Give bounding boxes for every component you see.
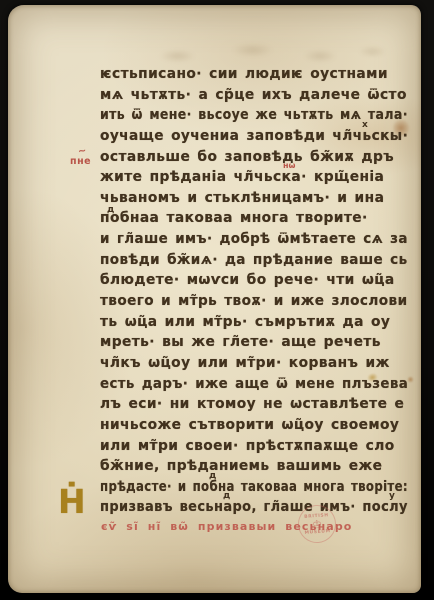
stamp-bottom-text: MUSEUM <box>304 529 330 536</box>
manuscript-line: блюдете· мѡѵси бо рече· чти ѡц̃а <box>100 270 408 291</box>
crown-icon: ♔ <box>312 518 323 530</box>
superscript-letter: д <box>223 492 230 501</box>
manuscript-line: призвавъ весьнаро, гл̃аше имъ· послу <box>100 497 389 518</box>
superscript-letter: д <box>209 472 216 481</box>
manuscript-line: прѣдасте· и побна таковаа многа творіте: <box>100 477 362 498</box>
manuscript-line: мѧ чьтѫть· а ср̃це ихъ далече ѿсто <box>100 85 408 106</box>
manuscript-line: или мт̃ри своеи· прѣстѫпаѫще сло <box>100 436 408 457</box>
manuscript-line: жите прѣданіа чл̃чьска· крщ̃еніа <box>100 167 408 188</box>
manuscript-line: ть ѡц̃а или мт̃рь· съмрътиѫ да оу <box>100 312 408 333</box>
superscript-letter: у <box>389 492 395 501</box>
manuscript-line: бж̃ние, прѣданиемь вашимь еже <box>100 456 408 477</box>
manuscript-line: чьваномъ и стьклѣницамъ· и ина <box>100 188 408 209</box>
illuminated-initial: Н̇ <box>58 484 86 520</box>
superscript-rubric: нѡ <box>283 161 295 170</box>
margin-rubric-note: пне <box>70 156 91 167</box>
manuscript-line: ѥстьписано· сии людиѥ оустнами <box>100 64 408 85</box>
manuscript-line: и гл̃аше имъ· добрѣ ѿмѣтаете сѧ за <box>100 229 400 250</box>
manuscript-line: чл̃къ ѡц̃оу или мт̃ри· корванъ иж <box>100 353 408 374</box>
text-block: ѥстьписано· сии людиѥ оустнами мѧ чьтѫть… <box>100 64 412 518</box>
superscript-letter: х <box>362 121 368 130</box>
manuscript-line: оставльше бо заповѣдь бж̃иѫ дръ <box>100 147 408 168</box>
manuscript-line: повѣди бж̃иѧ· да прѣдание ваше сь <box>100 250 402 271</box>
manuscript-line: твоего и мт̃рь твоѫ· и иже злослови <box>100 291 404 312</box>
manuscript-line: оучаще оучениа заповѣди чл̃чьскы· <box>100 126 406 147</box>
manuscript-line: ить ѿ мене· вьсоуе же чьтѫть мѧ тала· <box>100 105 379 126</box>
manuscript-line: ничьсоже сътворити ѡц̃оу своемоу <box>100 415 408 436</box>
manuscript-line: лъ еси· ни ктомоу не ѡставлѣете е <box>100 394 408 415</box>
manuscript-line: мреть· вы же гл̃ете· аще речеть <box>100 332 408 353</box>
manuscript-line: есть даръ· иже аще ѿ мене плъзева <box>100 374 398 395</box>
manuscript-line: побнаа таковаа многа творите· <box>100 208 408 229</box>
superscript-letter: д <box>107 206 114 215</box>
